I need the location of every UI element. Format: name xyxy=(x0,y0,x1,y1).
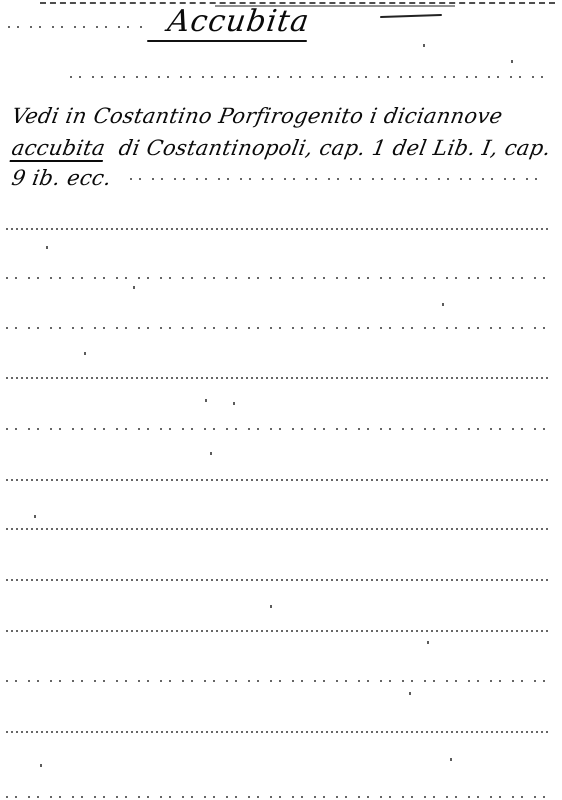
ruled-dotted-line xyxy=(8,26,142,28)
ink-speck xyxy=(423,44,425,47)
note-text-line: accubitadi Costantinopoli, cap. 1 del Li… xyxy=(10,136,553,160)
ruled-dotted-line xyxy=(6,327,548,329)
ruled-dotted-line xyxy=(6,428,548,430)
note-text-fragment: di Costantinopoli, cap. 1 del Lib. I, ca… xyxy=(117,136,553,160)
ink-speck xyxy=(210,452,212,455)
ink-speck xyxy=(450,758,452,761)
title-underline xyxy=(147,40,307,42)
ink-speck xyxy=(40,764,42,767)
page-title: Accubita xyxy=(166,4,312,39)
ink-speck xyxy=(84,352,86,355)
ink-speck xyxy=(442,303,444,306)
ruled-dotted-line xyxy=(6,731,548,733)
underlined-term: accubita xyxy=(10,136,107,160)
ruled-dotted-line xyxy=(130,178,548,180)
ruled-dotted-line xyxy=(6,377,548,379)
note-text-line: 9 ib. ecc. xyxy=(10,166,113,190)
ruled-dotted-line xyxy=(6,579,548,581)
ruled-dotted-line xyxy=(6,680,548,682)
ink-speck xyxy=(511,60,513,63)
ink-speck xyxy=(46,246,48,249)
ink-speck xyxy=(427,641,429,644)
ink-speck xyxy=(270,605,272,608)
ruled-dotted-line xyxy=(6,630,548,632)
ruled-dotted-line xyxy=(6,277,548,279)
ruled-dotted-line xyxy=(6,796,548,798)
manuscript-page: Accubita Vedi in Costantino Porfirogenit… xyxy=(0,0,562,800)
ink-speck xyxy=(205,399,207,402)
ink-speck xyxy=(409,692,411,695)
pen-stroke-mark xyxy=(380,14,442,18)
ruled-dotted-line xyxy=(6,228,548,230)
ink-speck xyxy=(34,515,36,518)
ink-speck xyxy=(133,286,135,289)
ruled-dotted-line xyxy=(70,76,548,78)
ruled-dotted-line xyxy=(6,479,548,481)
ruled-dotted-line xyxy=(6,528,548,530)
ink-speck xyxy=(233,402,235,405)
note-text-line: Vedi in Costantino Porfirogenito i dicia… xyxy=(10,104,505,128)
